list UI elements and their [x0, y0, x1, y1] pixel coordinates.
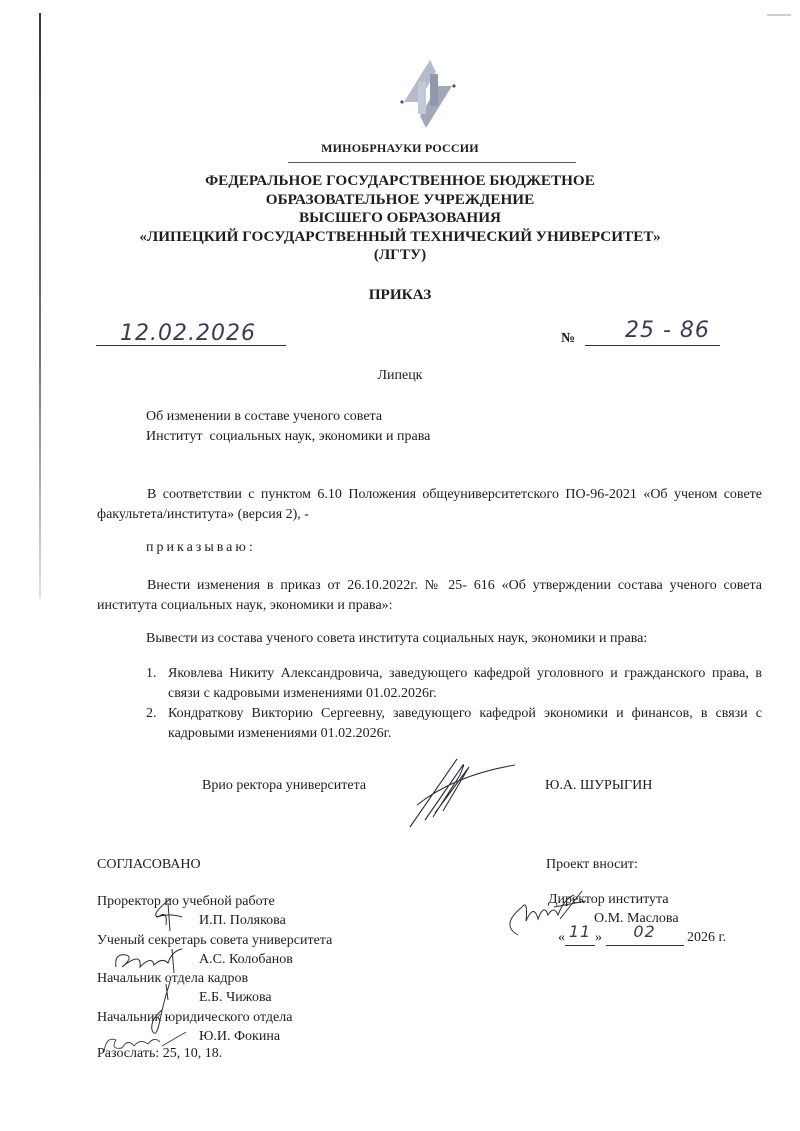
- date-close-quote: »: [595, 930, 602, 945]
- signatory-role: Врио ректора университета: [202, 778, 366, 794]
- org-line: (ЛГТУ): [0, 246, 800, 265]
- approver-signature-icon: [112, 945, 187, 975]
- basis-paragraph: В соответствии с пунктом 6.10 Положения …: [97, 485, 762, 525]
- proposer-label: Проект вносит:: [546, 857, 638, 873]
- list-number: 1.: [146, 664, 168, 704]
- university-logo-icon: [396, 58, 460, 130]
- document-type: ПРИКАЗ: [0, 286, 800, 304]
- org-line: ФЕДЕРАЛЬНОЕ ГОСУДАРСТВЕННОЕ БЮДЖЕТНОЕ: [0, 172, 800, 191]
- remove-intro: Вывести из состава ученого совета инстит…: [146, 631, 647, 647]
- date-open-quote: «: [558, 930, 565, 945]
- margin-rule: [39, 13, 41, 598]
- subject-line: Об изменении в составе ученого совета: [146, 407, 430, 427]
- approver-role: Начальник юридического отдела: [97, 1008, 332, 1027]
- list-text: Кондраткову Викторию Сергеевну, заведующ…: [168, 704, 762, 744]
- org-line: «ЛИПЕЦКИЙ ГОСУДАРСТВЕННЫЙ ТЕХНИЧЕСКИЙ УН…: [0, 228, 800, 247]
- distribution-list: Разослать: 25, 10, 18.: [97, 1046, 222, 1062]
- order-subject: Об изменении в составе ученого совета Ин…: [146, 407, 430, 446]
- approver-name: И.П. Полякова: [97, 911, 332, 930]
- scan-mark: [767, 14, 791, 16]
- number-underline: [585, 345, 720, 346]
- date-day: 11: [565, 922, 595, 941]
- list-number: 2.: [146, 704, 168, 744]
- amend-paragraph: Внести изменения в приказ от 26.10.2022г…: [97, 576, 762, 616]
- rector-signature-icon: [405, 755, 525, 830]
- date-month: 02: [606, 922, 684, 941]
- agreed-heading: СОГЛАСОВАНО: [97, 857, 201, 873]
- org-line: ОБРАЗОВАТЕЛЬНОЕ УЧРЕЖДЕНИЕ: [0, 191, 800, 210]
- approver-signature-icon: [140, 895, 190, 935]
- list-text: Яковлева Никиту Александровича, заведующ…: [168, 664, 762, 704]
- approver-name: Е.Б. Чижова: [97, 988, 332, 1007]
- date-month-field: 02: [606, 930, 684, 946]
- removal-list: 1. Яковлева Никиту Александровича, завед…: [146, 664, 762, 744]
- city: Липецк: [0, 368, 800, 384]
- subject-line: Институт социальных наук, экономики и пр…: [146, 427, 430, 447]
- organization-name: ФЕДЕРАЛЬНОЕ ГОСУДАРСТВЕННОЕ БЮДЖЕТНОЕ ОБ…: [0, 172, 800, 265]
- list-item: 2. Кондраткову Викторию Сергеевну, завед…: [146, 704, 762, 744]
- date-day-field: 11: [565, 930, 595, 946]
- number-sign: №: [561, 331, 575, 347]
- proposer-date: «11» 02 2026 г.: [558, 930, 726, 946]
- order-date: 12.02.2026: [120, 321, 256, 346]
- order-word: приказываю:: [146, 540, 256, 556]
- order-number: 25 - 86: [625, 318, 710, 343]
- date-underline: [96, 345, 286, 346]
- ministry-name: МИНОБРНАУКИ РОССИИ: [0, 141, 800, 156]
- org-line: ВЫСШЕГО ОБРАЗОВАНИЯ: [0, 209, 800, 228]
- approver-role: Проректор по учебной работе: [97, 892, 332, 911]
- signatory-name: Ю.А. ШУРЫГИН: [545, 778, 652, 794]
- header-divider: [288, 162, 576, 163]
- list-item: 1. Яковлева Никиту Александровича, завед…: [146, 664, 762, 704]
- date-year: 2026 г.: [687, 930, 726, 945]
